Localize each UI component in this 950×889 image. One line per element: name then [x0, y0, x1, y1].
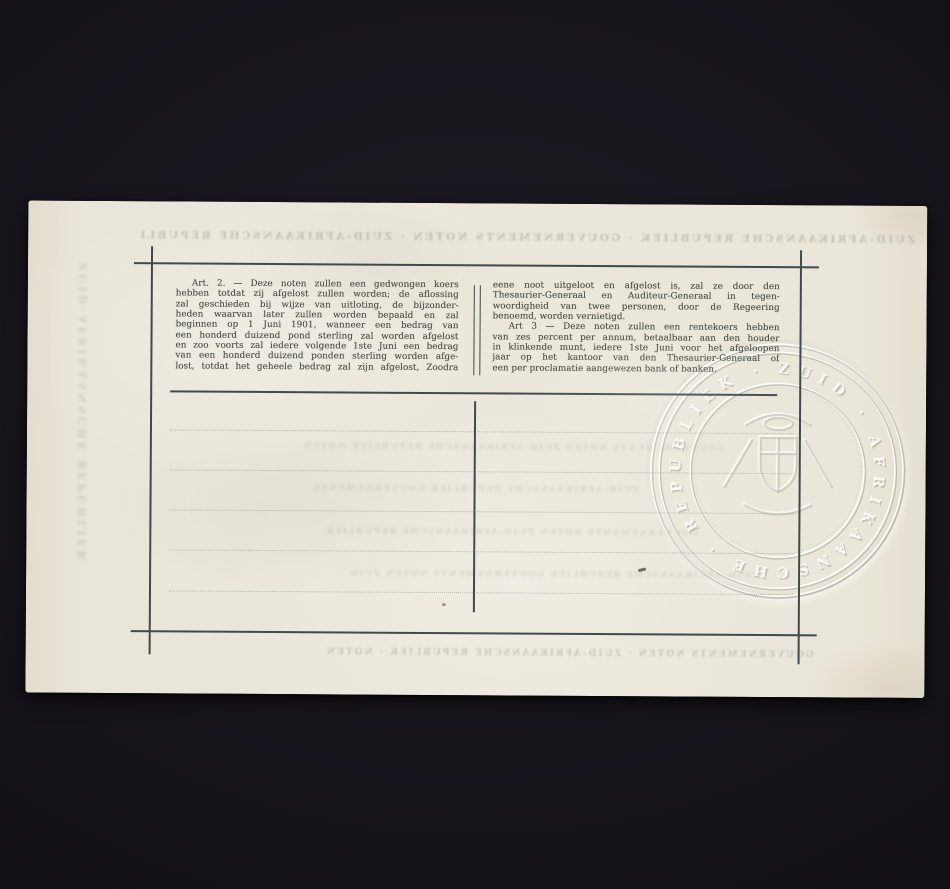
frame-top-rule [134, 262, 819, 268]
ghost-showthrough-row: ZUID-AFRIKAANSCHE REPUBLIEK GOUVERNEMENT… [179, 482, 639, 497]
seal-graphic: ZUID · AFRIKAANSCHE · REPUBLIEK · ZUID ·… [647, 340, 909, 602]
ghost-showthrough-top: ZUID-AFRIKAANSCHE REPUBLIEK · GOUVERNEME… [140, 229, 915, 253]
banknote-reverse: ZUID-AFRIKAANSCHE REPUBLIEK · GOUVERNEME… [25, 201, 927, 698]
ghost-showthrough-row: GOUVERNEMENTS NOTEN ZUID-AFRIKAANSCHE RE… [179, 440, 724, 455]
article-text-line: een per proclamatie aangewezen bank of b… [492, 363, 779, 375]
seal-coat-of-arms [723, 413, 833, 515]
frame-bottom-rule [131, 630, 817, 636]
frame-left-rule [149, 246, 153, 654]
article-3-column: eene noot uitgeloot en afgelost is, zal … [492, 280, 780, 375]
ink-speck [442, 603, 446, 606]
ghost-showthrough-bottom: GOUVERNEMENTS NOTEN · ZUID-AFRIKAANSCHE … [189, 647, 814, 665]
article-text-line: lost, totdat het geheele bedrag zal zijn… [175, 361, 458, 373]
embossed-seal: ZUID · AFRIKAANSCHE · REPUBLIEK · ZUID ·… [647, 340, 909, 602]
ghost-showthrough-row: GOUVERNEMENTS NOTEN ZUID-AFRIKAANSCHE RE… [178, 525, 698, 540]
article-2-column: Art. 2. — Deze noten zullen een gedwonge… [175, 278, 459, 373]
column-divider-rule [473, 285, 481, 375]
ghost-showthrough-left: ZUID-AFRIKAANSCHE REPUBLIEK [75, 263, 119, 649]
